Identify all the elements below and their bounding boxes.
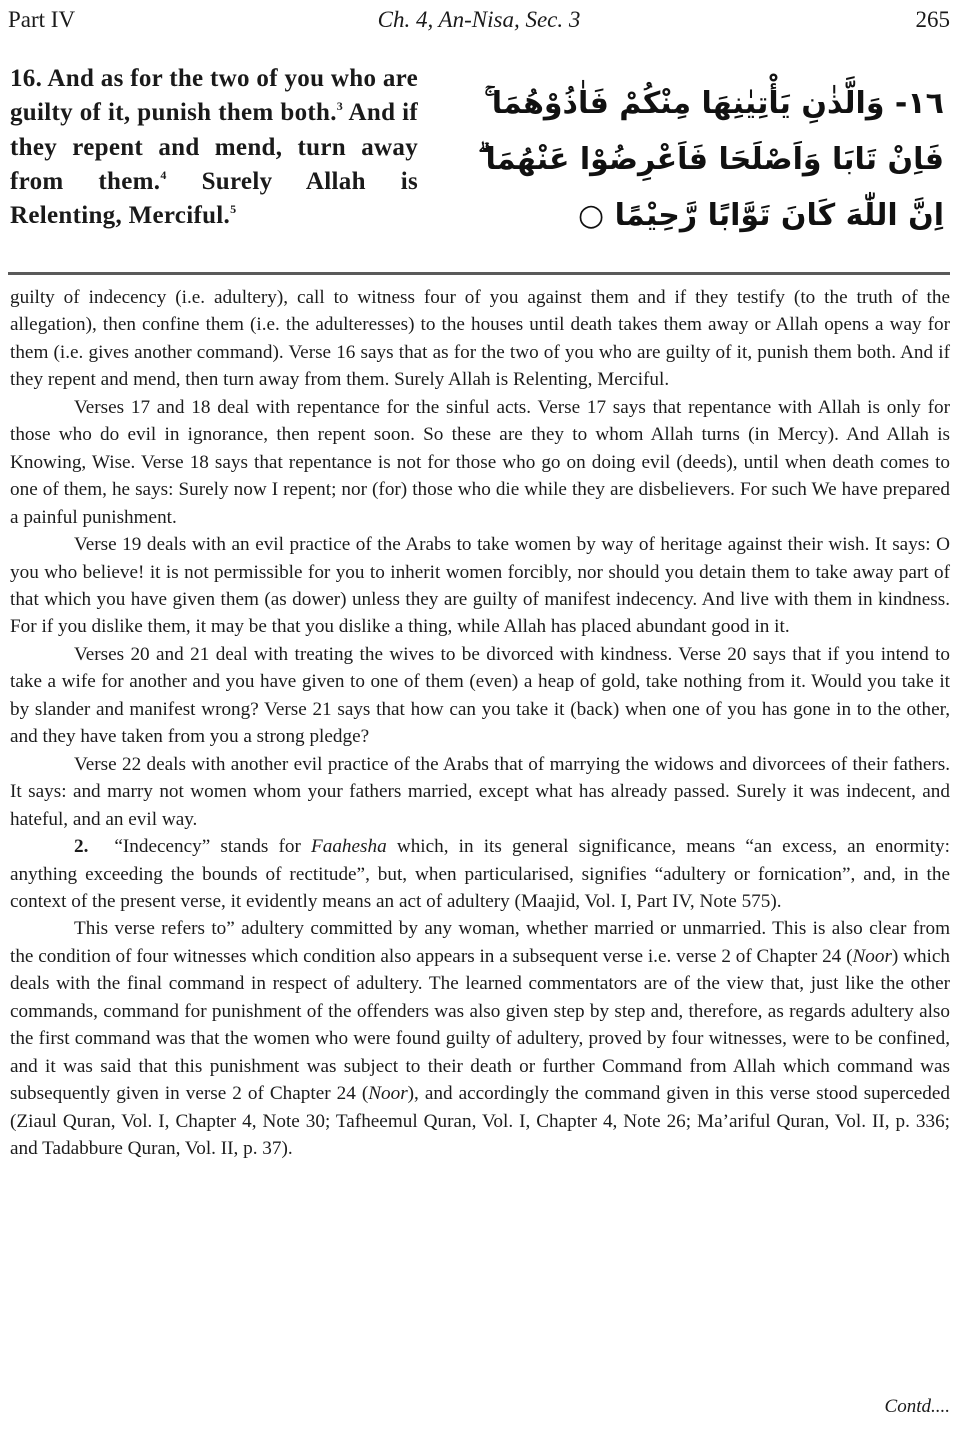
arabic-line: فَاِنْ تَابَا وَاَصْلَحَا فَاَعْرِضُوْا … [544,132,944,188]
term-faahesha: Faahesha [311,836,387,857]
commentary-paragraph: guilty of indecency (i.e. adultery), cal… [10,284,950,394]
footnote-text: “Indecency” stands for [114,836,311,857]
page-number: 265 [916,4,951,36]
arabic-line: ١٦- وَالَّذٰنِ يَأْتِيٰنِهَا مِنْكُمْ فَ… [544,76,944,132]
paragraph-text: This verse refers to” adultery committed… [10,918,950,966]
commentary-paragraph: Verse 19 deals with an evil practice of … [10,531,950,641]
chapter-title: Ch. 4, An-Nisa, Sec. 3 [8,4,950,36]
commentary: guilty of indecency (i.e. adultery), cal… [10,284,950,1163]
paragraph-text: ) which deals with the final command in … [10,946,950,1104]
arabic-line: اِنَّ اللّٰهَ كَانَ تَوَّابًا رَّحِيْمًا… [544,188,944,244]
term-noor: Noor [852,946,891,967]
footnote-2: 2.“Indecency” stands for Faahesha which,… [10,833,950,915]
verse-translation: 16. And as for the two of you who are gu… [10,62,418,233]
commentary-paragraph: This verse refers to” adultery committed… [10,915,950,1162]
commentary-paragraph: Verse 22 deals with another evil practic… [10,751,950,833]
section-divider [8,272,950,275]
commentary-paragraph: Verses 17 and 18 deal with repentance fo… [10,394,950,531]
footnote-ref-5: 5 [230,202,236,216]
verse-number: 16. [10,65,42,92]
verse-block: 16. And as for the two of you who are gu… [10,62,950,267]
continued-label: Contd.... [885,1396,950,1418]
term-noor: Noor [368,1083,407,1104]
commentary-paragraph: Verses 20 and 21 deal with treating the … [10,641,950,751]
running-head: Part IV Ch. 4, An-Nisa, Sec. 3 265 [8,4,950,36]
verse-arabic: ١٦- وَالَّذٰنِ يَأْتِيٰنِهَا مِنْكُمْ فَ… [544,76,944,244]
footnote-number: 2. [74,836,88,857]
